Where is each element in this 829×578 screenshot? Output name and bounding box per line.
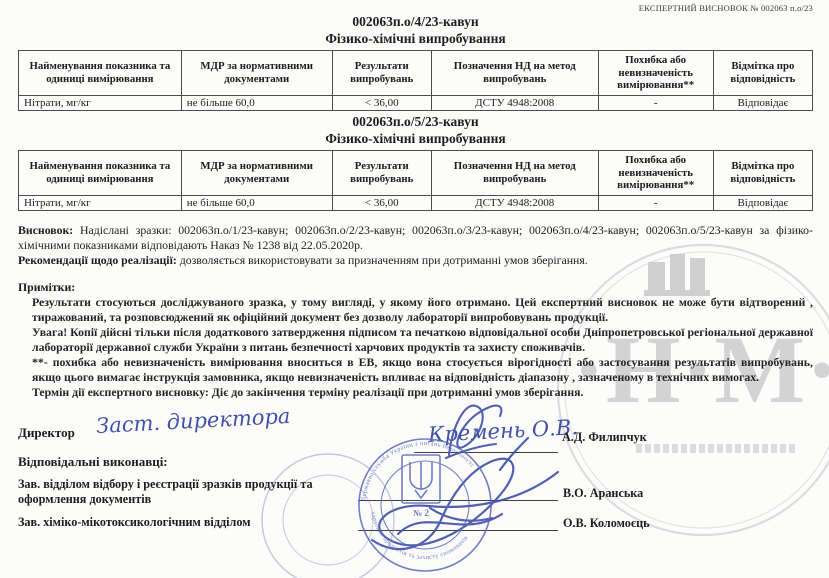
executor-signature-line-2 [358,530,558,531]
cell-conformity: Відповідає [713,96,812,111]
note-item-2: Увага! Копії дійсні тільки після додатко… [32,325,813,355]
col-header-results: Результати випробувань [332,150,431,195]
notes-heading: Примітки: [18,280,813,295]
cell-mdr: не більше 60,0 [181,96,332,111]
test-type-title-1: Фізико-хімічні випробування [18,31,813,47]
col-header-indicator: Найменування показника та одиниці вимірю… [19,150,182,195]
cell-conformity: Відповідає [713,196,812,211]
col-header-mdr: МДР за нормативними документами [181,50,332,95]
conclusion-paragraph: Висновок: Надіслані зразки: 002063п.о/1/… [18,223,813,253]
results-table-1: Найменування показника та одиниці вимірю… [18,50,813,111]
col-header-conformity: Відмітка про відповідність [713,50,812,95]
note-item-4: Термін дії експертного висновку: Діє до … [32,385,813,400]
note-item-3: **- похибка або невизначеність вимірюван… [32,355,813,385]
executor-name-1: В.О. Аранська [563,486,643,501]
cell-method: ДСТУ 4948:2008 [431,96,598,111]
director-hand-name: Кремень О.В. [427,415,578,447]
results-table-2: Найменування показника та одиниці вимірю… [18,150,813,211]
cell-mdr: не більше 60,0 [181,196,332,211]
cell-indicator: Нітрати, мг/кг [19,196,182,211]
sample-code-title-1: 002063п.о/4/23-кавун [18,14,813,30]
executor-signature-line-1 [358,500,558,501]
col-header-method: Позначення НД на метод випробувань [431,50,598,95]
table-row: Нітрати, мг/кг не більше 60,0 < 36,00 ДС… [19,96,813,111]
executor-name-2: О.В. Коломоєць [563,516,650,531]
sample-code-title-2: 002063п.о/5/23-кавун [18,114,813,130]
conclusion-label: Висновок: [18,223,73,237]
doc-ref: ЕКСПЕРТНИЙ ВИСНОВОК № 002063 п.о/23 [18,3,813,13]
col-header-uncertainty: Похибка або невизначеність вимірювання** [598,150,713,195]
recommendation-label: Рекомендації щодо реалізації: [18,253,177,267]
executor-position-1: Зав. відділом відбору і реєстрації зразк… [18,477,366,508]
executor-position-2: Зав. хіміко-мікотоксикологічним відділом [18,515,366,530]
conclusion-text: Надіслані зразки: 002063п.о/1/23-кавун; … [18,223,813,252]
col-header-mdr: МДР за нормативними документами [181,150,332,195]
cell-uncertainty: - [598,96,713,111]
table-header-row: Найменування показника та одиниці вимірю… [19,150,813,195]
col-header-method: Позначення НД на метод випробувань [431,150,598,195]
col-header-uncertainty: Похибка або невизначеність вимірювання** [598,50,713,95]
director-handwritten-note: Заст. директора [96,404,291,438]
recommendation-paragraph: Рекомендації щодо реалізації: дозволяєть… [18,253,813,268]
responsible-heading: Відповідальні виконавці: [18,454,168,470]
recommendation-text: дозволяється використовувати за призначе… [180,253,588,267]
cell-uncertainty: - [598,196,713,211]
col-header-conformity: Відмітка про відповідність [713,150,812,195]
director-signature-line [414,452,558,453]
cell-indicator: Нітрати, мг/кг [19,96,182,111]
table-row: Нітрати, мг/кг не більше 60,0 < 36,00 ДС… [19,196,813,211]
signature-zone: Директор Заст. директора Кремень О.В. А.… [0,403,829,578]
test-type-title-2: Фізико-хімічні випробування [18,131,813,147]
director-typed-name: А.Д. Филипчук [562,430,647,445]
table-header-row: Найменування показника та одиниці вимірю… [19,50,813,95]
note-item-1: Результати стосуються досліджуваного зра… [32,295,813,325]
cell-result: < 36,00 [332,196,431,211]
col-header-results: Результати випробувань [332,50,431,95]
director-label: Директор [18,425,75,441]
col-header-indicator: Найменування показника та одиниці вимірю… [19,50,182,95]
cell-result: < 36,00 [332,96,431,111]
cell-method: ДСТУ 4948:2008 [431,196,598,211]
